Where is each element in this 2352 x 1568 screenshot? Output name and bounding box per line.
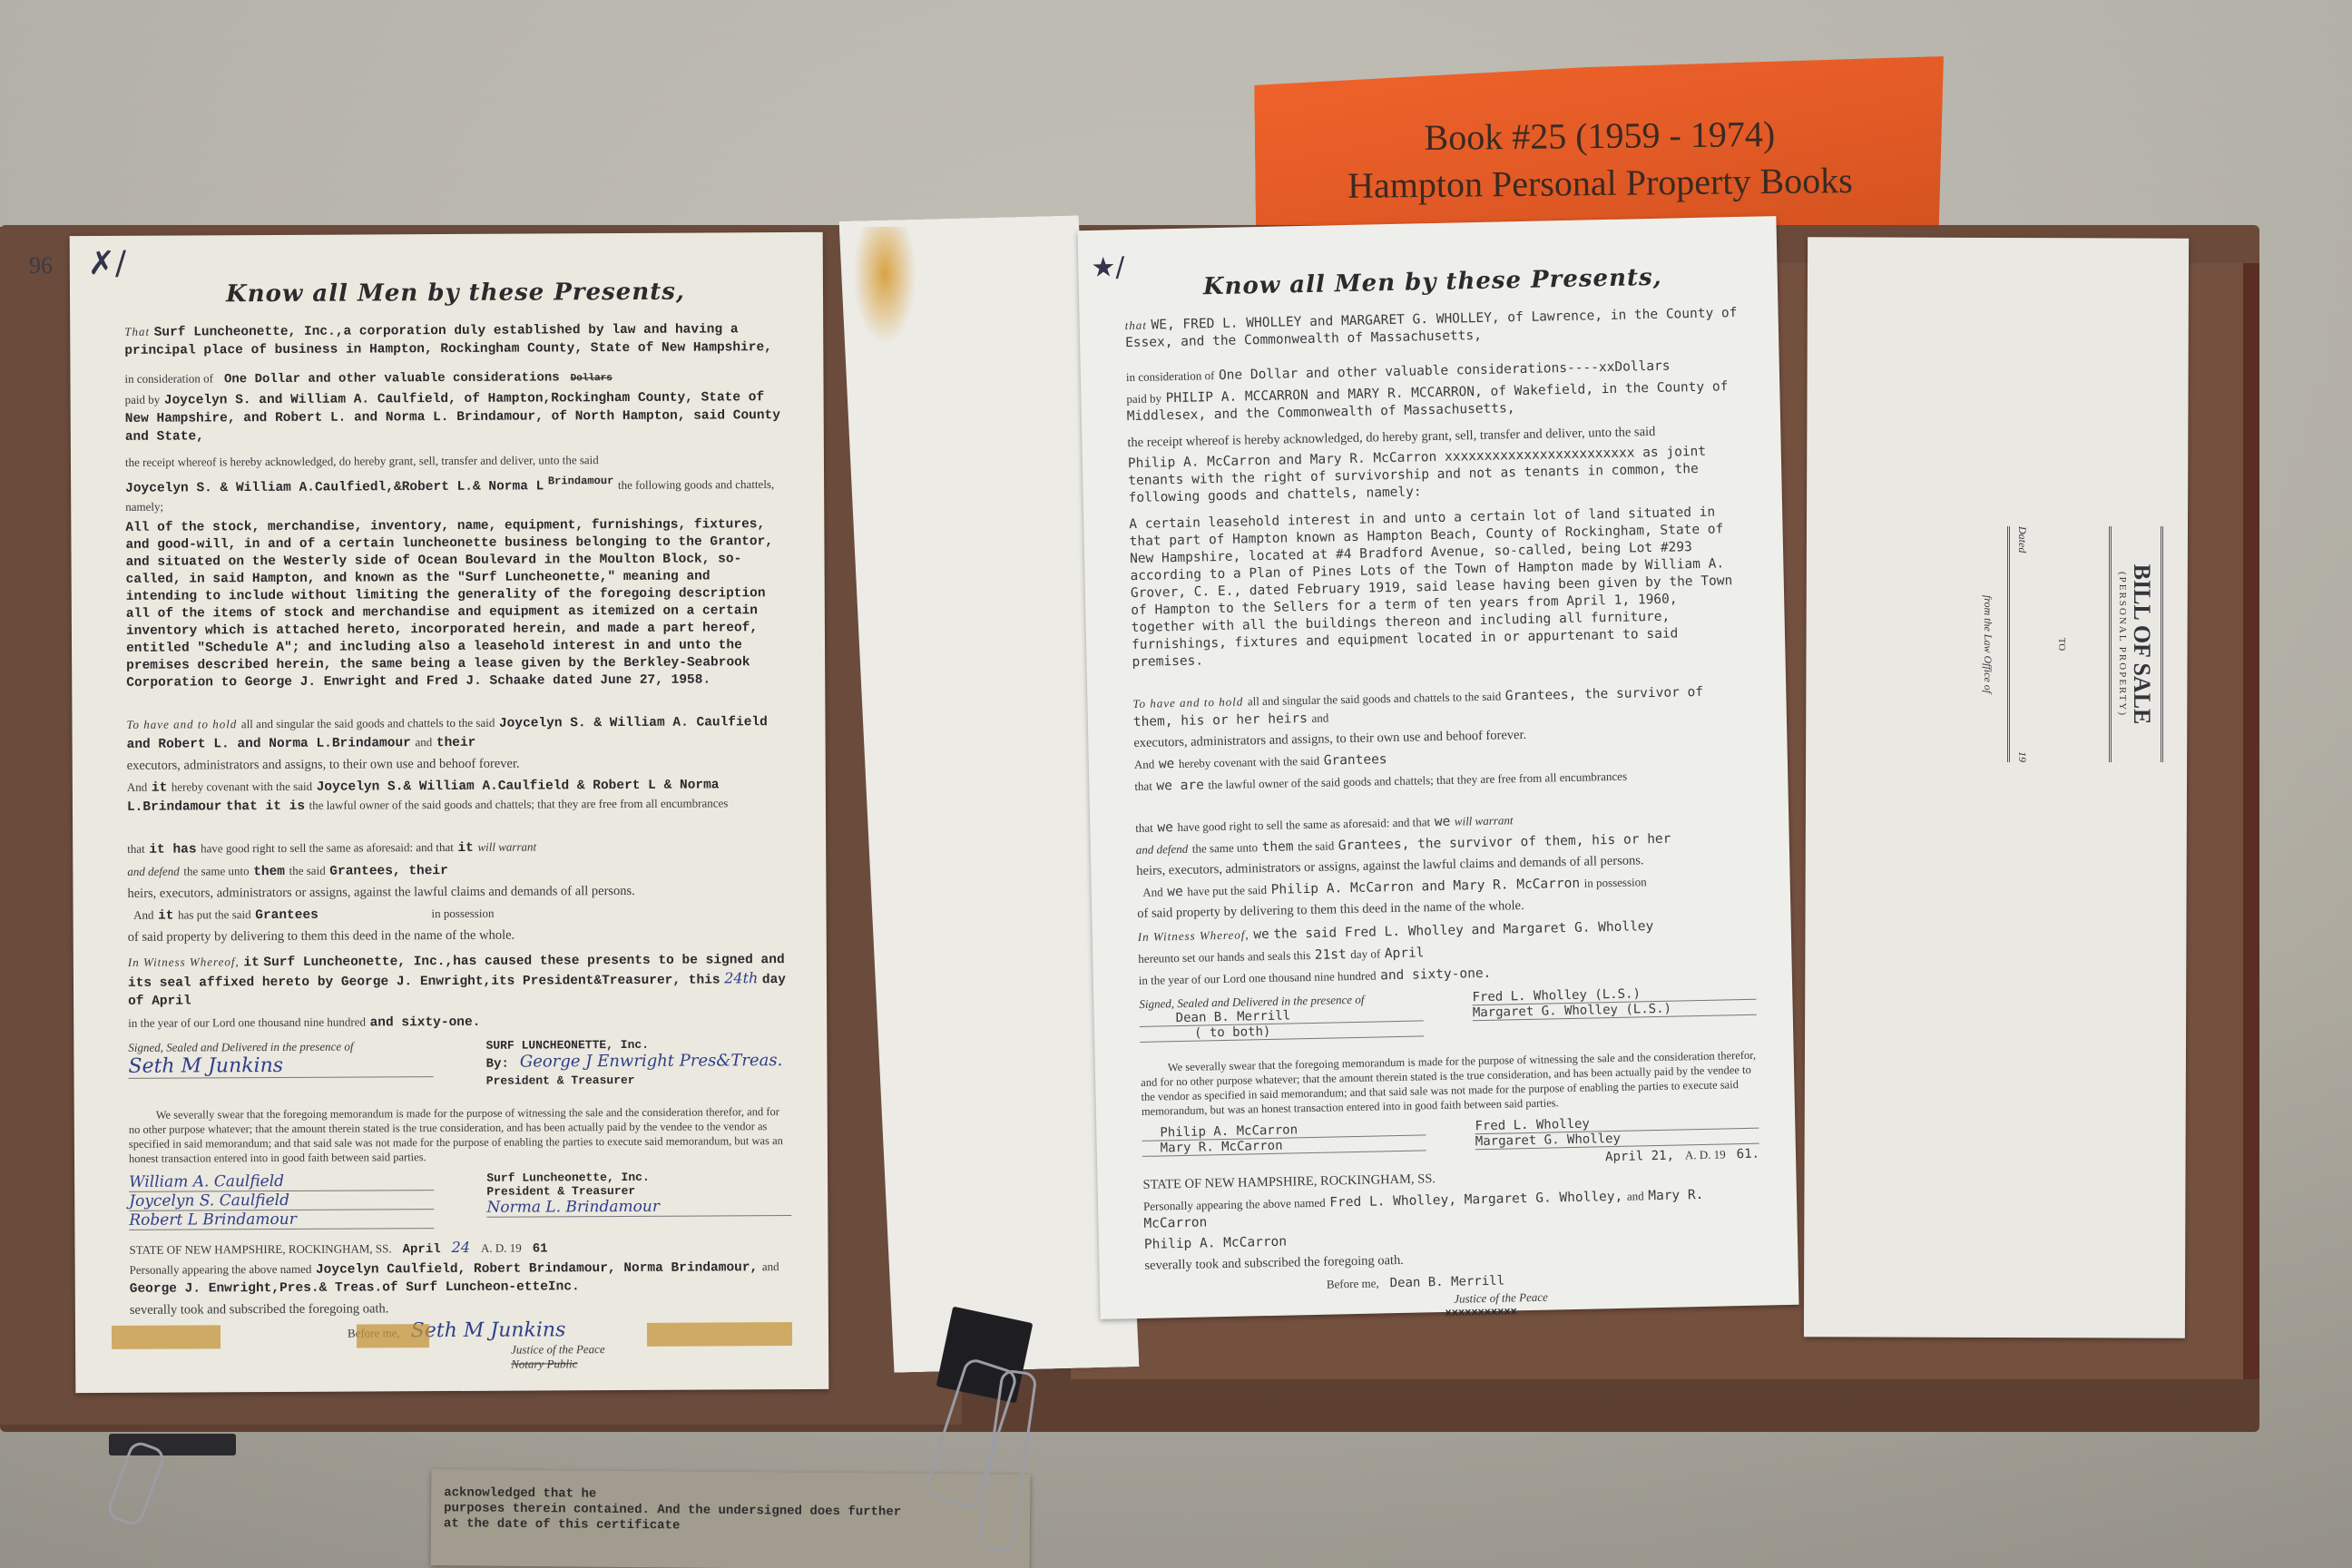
tape-strip	[357, 1324, 429, 1347]
grantees-survivor: Grantees, the survivor of them, his or h…	[1338, 832, 1671, 854]
oath-signature-1: William A. Caulfield	[129, 1171, 434, 1192]
president-signature: George J Enwright Pres&Treas.	[520, 1051, 783, 1073]
lawful-owner-text: the lawful owner of the said goods and c…	[309, 796, 729, 811]
grantees-text: Philip A. McCarron and Mary R. McCarron …	[1128, 443, 1746, 507]
covenant-grantees: Grantees	[1324, 752, 1387, 768]
grantees-insert: Brindamour	[548, 475, 614, 487]
oath-signature-2: Joycelyn S. Caulfield	[129, 1191, 434, 1211]
that-label: That	[124, 325, 150, 338]
habendum-label: To have and to hold	[126, 717, 237, 731]
them-text: them	[1261, 839, 1293, 855]
lawful-owner-text: the lawful owner of the said goods and c…	[1208, 769, 1627, 792]
habendum-text: all and singular the said goods and chat…	[241, 716, 495, 730]
page-number: 96	[29, 252, 53, 279]
grantees-inline: Joycelyn S. & William A.Caulfiedl,&Rober…	[125, 479, 544, 495]
put-we: we	[1167, 885, 1183, 899]
oath-text: We severally swear that the foregoing me…	[1141, 1048, 1759, 1119]
bill-from-label: from the Law Office of	[1981, 526, 1994, 762]
state-label: STATE OF NEW HAMPSHIRE, ROCKINGHAM, SS.	[129, 1239, 391, 1260]
jp-signature: Seth M Junkins	[411, 1320, 566, 1341]
witness-we: we	[1253, 927, 1269, 942]
bill-dated-label: Dated	[2015, 526, 2029, 553]
ack-year: 61	[533, 1239, 548, 1259]
glue-stain	[853, 227, 916, 345]
we-will: we	[1435, 815, 1451, 829]
year-value: and sixty-one.	[1380, 966, 1492, 984]
put-text: have put the said	[1187, 883, 1267, 898]
paid-by-text: Joycelyn S. and William A. Caulfield, of…	[125, 390, 780, 445]
tape-strip	[647, 1322, 792, 1347]
oath-signature-3: Robert L Brindamour	[129, 1210, 434, 1230]
ack-year-prefix: A. D. 19	[481, 1238, 522, 1258]
put-grantees: Philip A. McCarron and Mary R. McCarron	[1271, 877, 1581, 897]
oath-taken: severally took and subscribed the forego…	[130, 1298, 792, 1319]
same-unto: the same unto	[183, 864, 249, 877]
bill-of-sale-cover: BILL OF SALE (PERSONAL PROPERTY) TO Date…	[1933, 526, 2205, 744]
habendum-label: To have and to hold	[1132, 694, 1243, 710]
oath-text: We severally swear that the foregoing me…	[129, 1104, 791, 1166]
appearing-names: Fred L. Wholley, Margaret G. Wholley,	[1329, 1190, 1622, 1210]
appearing-and: and	[762, 1259, 779, 1273]
consideration-value: One Dollar and other valuable considerat…	[224, 367, 560, 389]
book-label-line1: Book #25 (1959 - 1974)	[1255, 111, 1945, 161]
appearing-label: Personally appearing the above named	[130, 1262, 312, 1277]
heirs-text: heirs, executors, administrators or assi…	[127, 882, 789, 903]
that-label-2: that	[127, 842, 145, 856]
covenant-and: And	[1134, 758, 1155, 771]
habendum-text: all and singular the said goods and chat…	[1248, 690, 1502, 709]
put-grantees: Grantees	[255, 908, 318, 923]
and-label: and	[1311, 711, 1328, 725]
bill-title: BILL OF SALE	[2128, 526, 2155, 762]
and-label: and	[415, 735, 432, 749]
in-possession: in possession	[431, 906, 494, 920]
grantees-their: Grantees, their	[329, 864, 448, 879]
struck-word: Dollars	[571, 368, 612, 388]
goods-description: All of the stock, merchandise, inventory…	[125, 516, 789, 692]
will-warrant: will warrant	[477, 839, 536, 853]
ack-year-prefix: A. D. 19	[1685, 1144, 1726, 1165]
the-said: the said	[1298, 838, 1334, 853]
witness-label: In Witness Whereof,	[128, 955, 240, 969]
covenant-text: hereby covenant with the said	[1179, 754, 1320, 770]
put-it: it	[158, 908, 173, 923]
and-defend: and defend	[1136, 842, 1189, 857]
grantor-text: Surf Luncheonette, Inc.,a corporation du…	[124, 322, 772, 358]
consideration-label: in consideration of	[124, 368, 213, 389]
witness-signature: Seth M Junkins	[128, 1053, 433, 1079]
ack-day: 24	[452, 1238, 470, 1258]
bill-subtitle: (PERSONAL PROPERTY)	[2117, 526, 2128, 762]
that-we: we	[1157, 820, 1173, 835]
ack-date: April 21,	[1605, 1146, 1674, 1168]
oath-company: Surf Luncheonette, Inc.	[486, 1170, 791, 1185]
will-warrant: will warrant	[1455, 813, 1514, 828]
company-name: SURF LUNCHEONETTE, Inc.	[486, 1037, 791, 1053]
it-will: it	[457, 841, 473, 856]
that-label-2: that	[1134, 779, 1152, 793]
consideration-label: in consideration of	[1126, 368, 1215, 384]
them-text: them	[253, 865, 285, 879]
we-are: we are	[1156, 778, 1204, 793]
appearing-names-2: George J. Enwright,Pres.& Treas.of Surf …	[130, 1279, 580, 1297]
that-label: that	[1125, 318, 1148, 333]
paid-by-text: PHILIP A. MCCARRON and MARY R. MCCARRON,…	[1127, 379, 1729, 424]
witness-text: the said Fred L. Wholley and Margaret G.…	[1273, 919, 1653, 942]
witness-day: 21st	[1315, 947, 1347, 963]
covenant-it: it	[152, 780, 167, 795]
witness-label: In Witness Whereof,	[1138, 927, 1249, 944]
good-right-text: have good right to sell the same as afor…	[1177, 815, 1430, 834]
oath-president-title: President & Treasurer	[486, 1183, 791, 1199]
year-text: in the year of our Lord one thousand nin…	[128, 1014, 366, 1029]
paid-by-label: paid by	[125, 393, 161, 407]
by-label: By:	[486, 1053, 509, 1073]
covenant-we: we	[1159, 757, 1175, 771]
witness-month: April	[1385, 946, 1425, 961]
left-doc-title: Know all Men by these Presents,	[124, 278, 787, 309]
grantor-text: WE, FRED L. WHOLLEY and MARGARET G. WHOL…	[1125, 306, 1738, 350]
the-said: the said	[289, 864, 326, 877]
before-me: Before me,	[1327, 1273, 1379, 1294]
signed-label: Signed, Sealed and Delivered in the pres…	[128, 1039, 433, 1055]
same-unto: the same unto	[1192, 840, 1259, 856]
appearing-label: Personally appearing the above named	[1143, 1196, 1326, 1213]
jp-name: Dean B. Merrill	[1389, 1271, 1504, 1294]
day-of: day of	[1350, 946, 1380, 961]
tape-strip	[112, 1325, 220, 1349]
right-doc-title: Know all Men by these Presents,	[1124, 262, 1741, 302]
bill-of-sale-cover-page	[1804, 237, 2189, 1338]
year-value: and sixty-one.	[370, 1015, 481, 1031]
receipt-text: the receipt whereof is hereby acknowledg…	[125, 453, 599, 469]
executors-text: executors, administrators and assigns, t…	[127, 754, 789, 775]
delivering-text: of said property by delivering to them t…	[128, 926, 790, 946]
hereunto-text: hereunto set our hands and seals this	[1138, 948, 1310, 965]
in-possession: in possession	[1584, 875, 1647, 889]
covenant-text: hereby covenant with the said	[171, 779, 312, 794]
book-label-tag: Book #25 (1959 - 1974) Hampton Personal …	[1254, 56, 1945, 245]
good-right-text: have good right to sell the same as afor…	[201, 840, 454, 855]
right-bill-of-sale: ★/ Know all Men by these Presents, that …	[1078, 216, 1799, 1319]
ack-year: 61.	[1736, 1144, 1759, 1165]
bill-year-prefix: 19	[2015, 751, 2029, 762]
that-label-3: that	[1135, 821, 1153, 835]
bill-to-label: TO	[2056, 526, 2067, 762]
left-bill-of-sale: ✗/ Know all Men by these Presents, That …	[70, 232, 829, 1393]
paid-by-label: paid by	[1126, 391, 1161, 406]
it-has: it has	[149, 842, 196, 857]
witness-it: it	[243, 955, 259, 970]
notary-struck: Notary Public	[511, 1356, 792, 1372]
oath-signature-4: Norma L. Brindamour	[486, 1197, 791, 1218]
ack-month: April	[403, 1240, 441, 1259]
appearing-names: Joycelyn Caulfield, Robert Brindamour, N…	[316, 1260, 758, 1278]
put-text: has put the said	[178, 907, 251, 921]
year-text: in the year of our Lord one thousand nin…	[1139, 968, 1377, 986]
president-title: President & Treasurer	[486, 1073, 791, 1088]
their-text: their	[436, 736, 476, 750]
consideration-value: One Dollar and other valuable considerat…	[1219, 359, 1671, 383]
that-it-is: that it is	[226, 799, 305, 814]
witness-day-handwritten: 24th	[724, 969, 758, 986]
covenant-and: And	[127, 780, 147, 794]
and-defend: and defend	[127, 864, 179, 877]
book-label-line2: Hampton Personal Property Books	[1255, 158, 1945, 208]
goods-description: A certain leasehold interest in and unto…	[1129, 504, 1749, 671]
appearing-and: and	[1627, 1189, 1644, 1202]
